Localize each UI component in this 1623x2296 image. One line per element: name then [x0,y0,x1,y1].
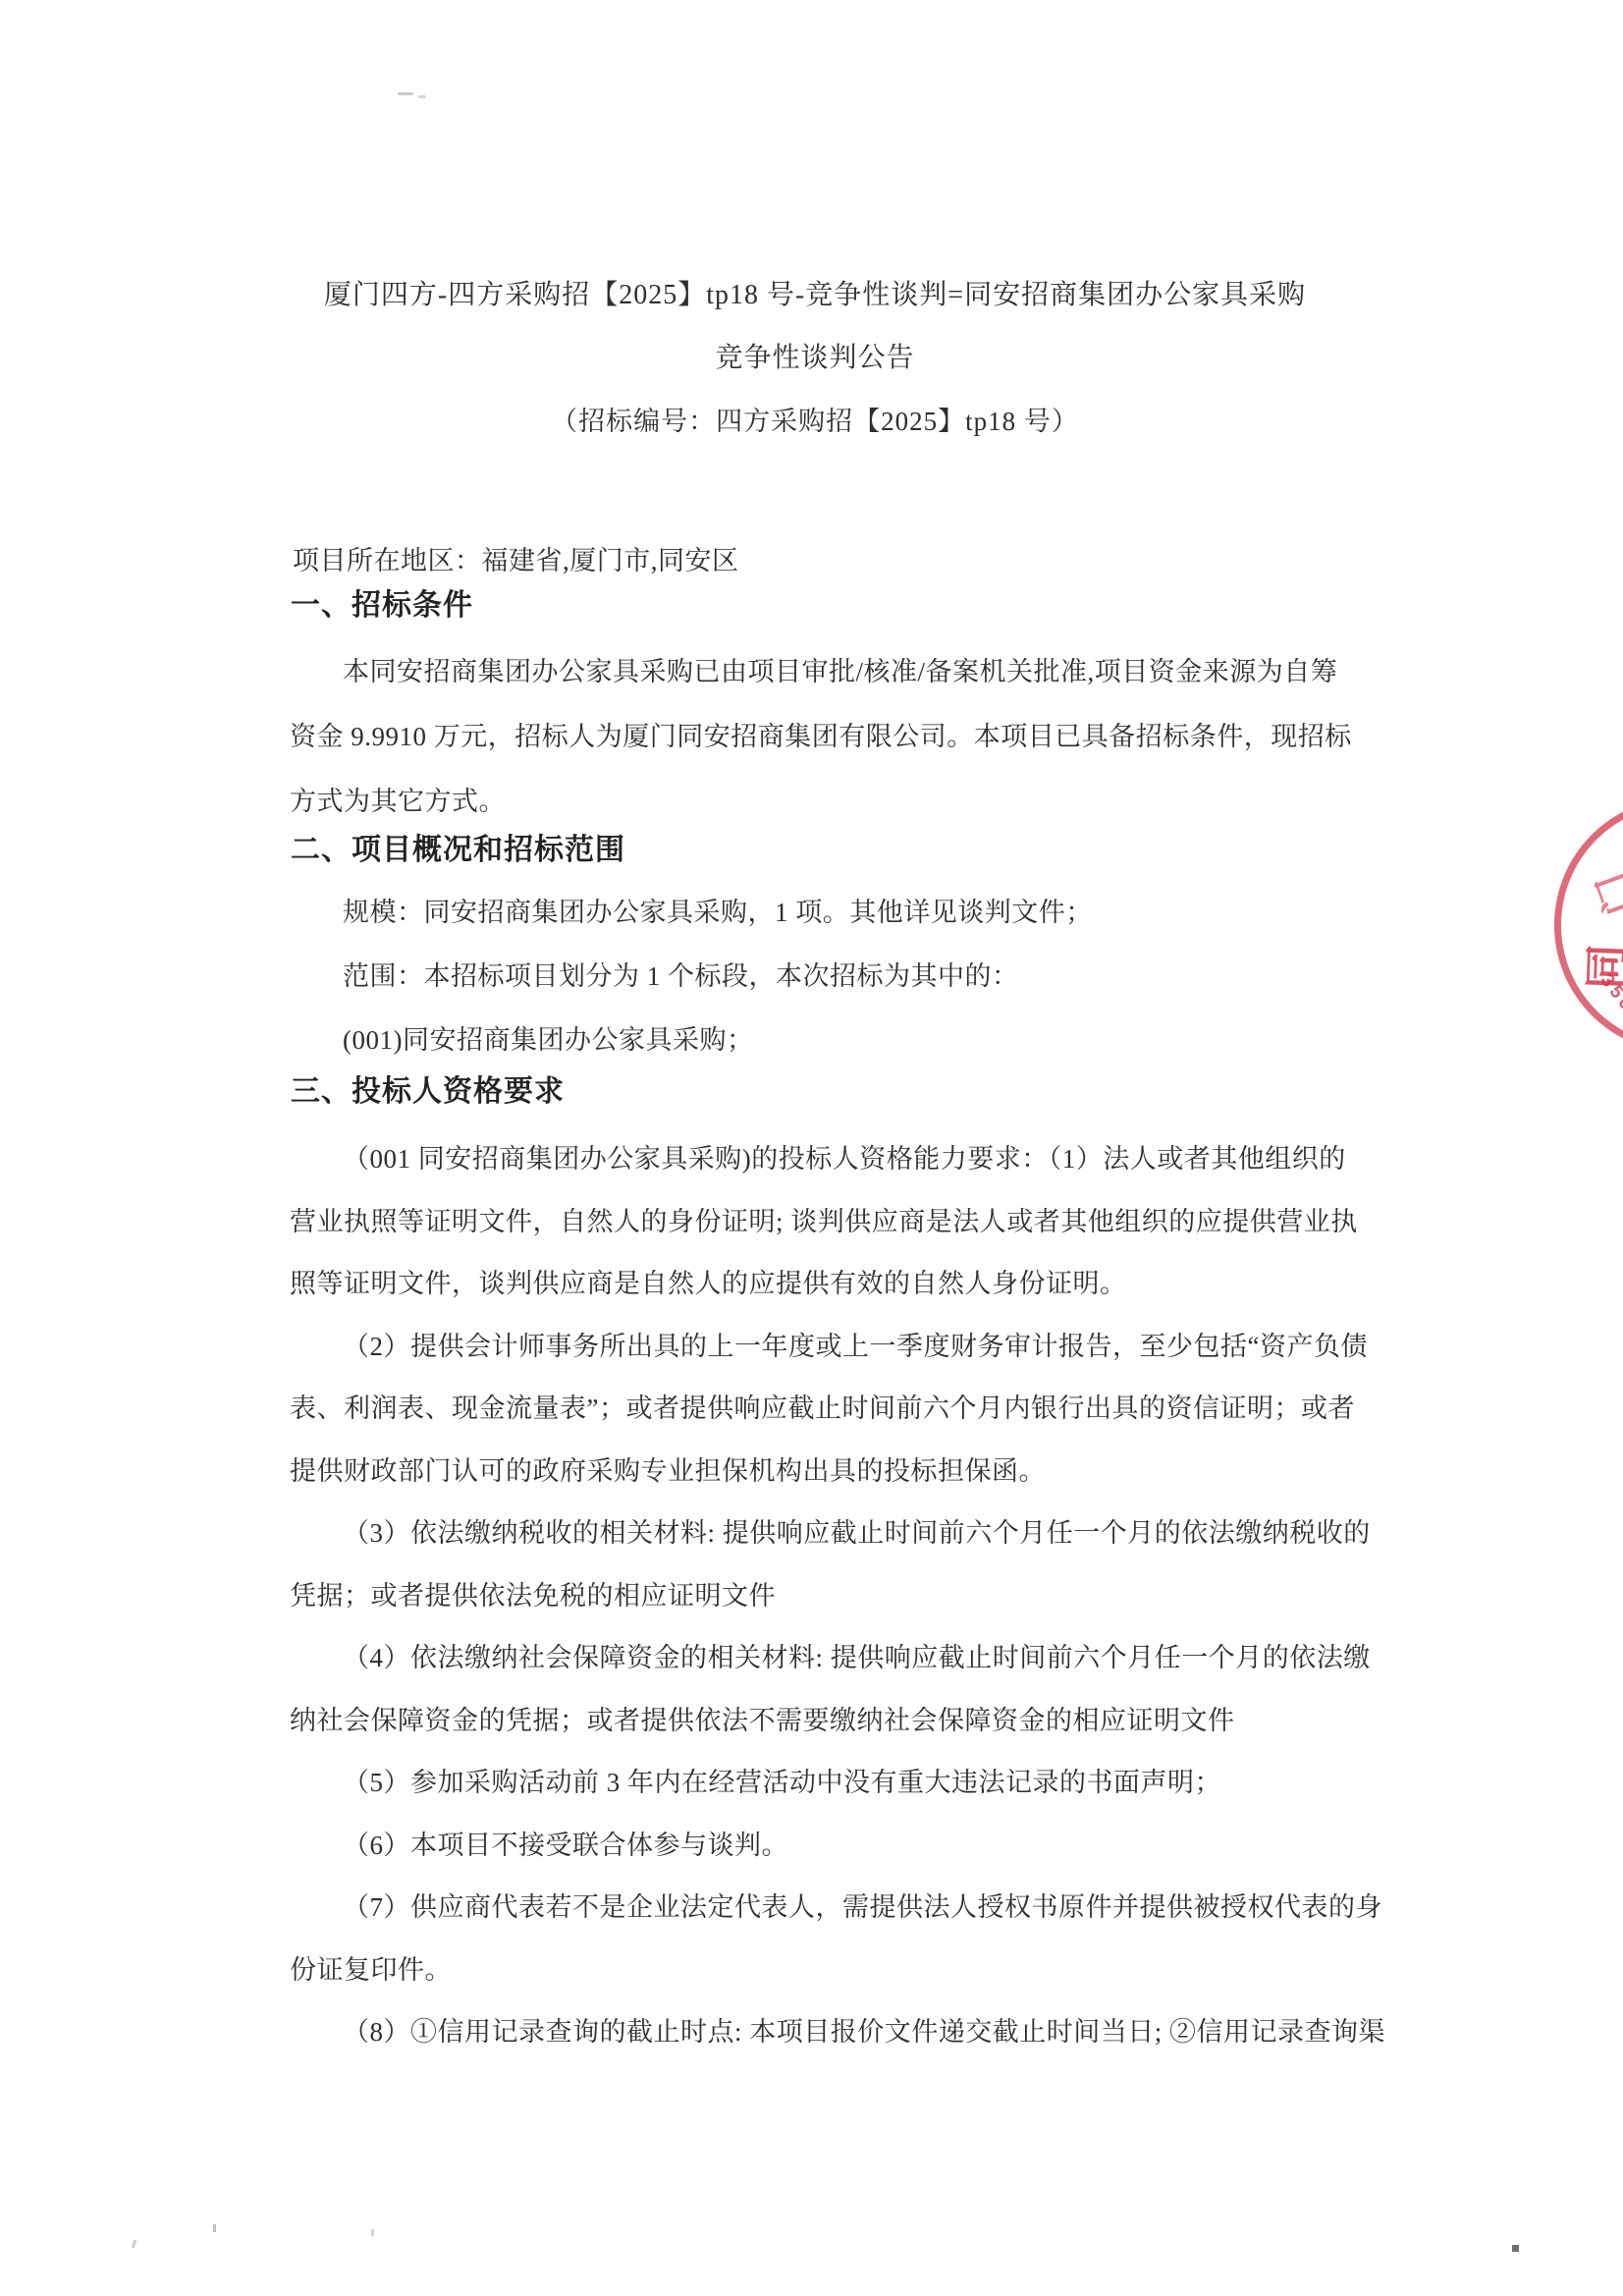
red-seal-stamp: 门 同 3502 [1534,777,1623,1072]
section-heading-1: 一、招标条件 [291,588,473,624]
bid-number-line: （招标编号：四方采购招【2025】tp18 号） [236,404,1394,439]
paragraph-line: （7）供应商代表若不是企业法定代表人，需提供法人授权书原件并提供被授权代表的身 [343,1890,1403,1924]
document-title-line2: 竞争性谈判公告 [236,341,1394,376]
paragraph-line: 方式为其它方式。 [290,785,1350,818]
stamp-character-top: 门 [1580,864,1623,923]
project-location-line: 项目所在地区：福建省,厦门市,同安区 [293,544,1353,577]
section-heading-2: 二、项目概况和招标范围 [291,833,625,868]
scan-speck [213,2224,216,2232]
paragraph-line: （001 同安招商集团办公家具采购)的投标人资格能力要求：（1）法人或者其他组织… [343,1142,1403,1175]
paragraph-line: 提供财政部门认可的政府采购专业担保机构出具的投标担保函。 [290,1454,1350,1488]
paragraph-line: (001)同安招商集团办公家具采购； [343,1023,1403,1057]
paragraph-line: 规模：同安招商集团办公家具采购，1 项。其他详见谈判文件； [343,896,1403,929]
paragraph-line: 表、利润表、现金流量表”；或者提供响应截止时间前六个月内银行出具的资信证明；或者 [290,1392,1350,1425]
paragraph-line: 本同安招商集团办公家具采购已由项目审批/核准/备案机关批准,项目资金来源为自筹 [343,655,1403,688]
paragraph-line: （8）①信用记录查询的截止时点: 本项目报价文件递交截止时间当日; ②信用记录查… [343,2015,1403,2049]
scan-speck [418,95,426,98]
paragraph-line: 营业执照等证明文件，自然人的身份证明; 谈判供应商是法人或者其他组织的应提供营业… [290,1205,1350,1238]
stamp-digits: 3502 [1596,970,1623,1028]
paragraph-line: 份证复印件。 [290,1953,1350,1987]
document-title-line1: 厦门四方-四方采购招【2025】tp18 号-竞争性谈判=同安招商集团办公家具采… [236,278,1394,313]
scan-speck [398,92,413,95]
section-heading-3: 三、投标人资格要求 [291,1074,565,1110]
scan-speck [1512,2245,1519,2252]
scan-speck [132,2240,137,2249]
paragraph-line: 资金 9.9910 万元，招标人为厦门同安招商集团有限公司。本项目已具备招标条件… [290,720,1350,753]
paragraph-line: （2）提供会计师事务所出具的上一年度或上一季度财务审计报告，至少包括“资产负债 [343,1330,1403,1363]
paragraph-line: 照等证明文件，谈判供应商是自然人的应提供有效的自然人身份证明。 [290,1267,1350,1300]
paragraph-line: 凭据；或者提供依法免税的相应证明文件 [290,1579,1350,1613]
paragraph-line: （5）参加采购活动前 3 年内在经营活动中没有重大违法记录的书面声明； [343,1766,1403,1799]
paragraph-line: 范围：本招标项目划分为 1 个标段，本次招标为其中的： [343,959,1403,993]
scanned-document-page: 厦门四方-四方采购招【2025】tp18 号-竞争性谈判=同安招商集团办公家具采… [0,0,1623,2296]
paragraph-line: 纳社会保障资金的凭据；或者提供依法不需要缴纳社会保障资金的相应证明文件 [290,1704,1350,1737]
paragraph-line: （3）依法缴纳税收的相关材料: 提供响应截止时间前六个月任一个月的依法缴纳税收的 [343,1516,1403,1550]
paragraph-line: （4）依法缴纳社会保障资金的相关材料: 提供响应截止时间前六个月任一个月的依法缴 [343,1641,1403,1674]
paragraph-line: （6）本项目不接受联合体参与谈判。 [343,1829,1403,1862]
scan-speck [371,2229,374,2236]
